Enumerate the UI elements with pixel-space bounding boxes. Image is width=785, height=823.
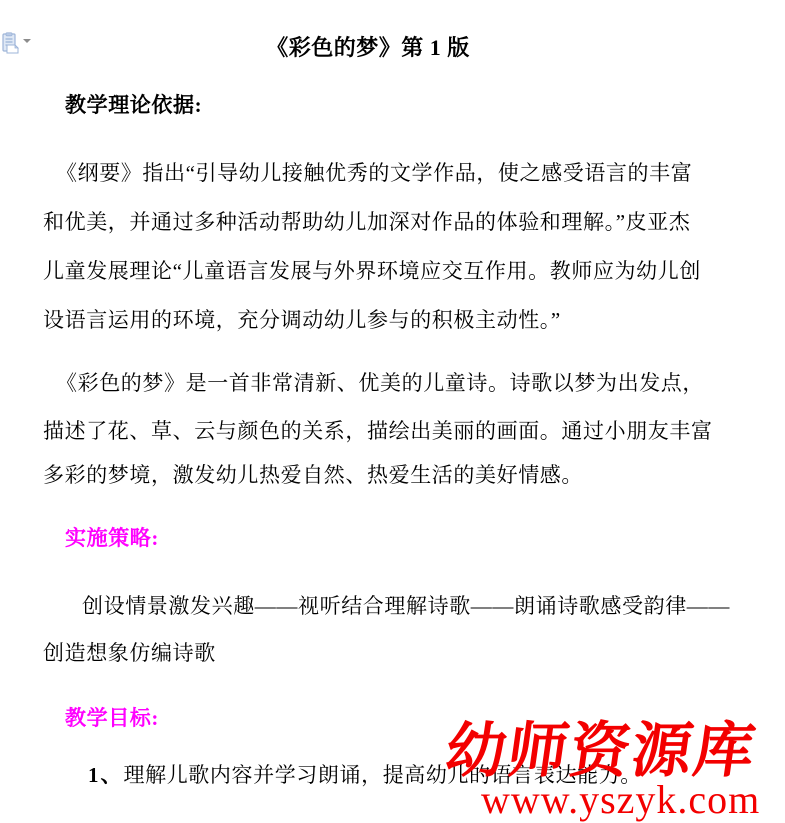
poem-paragraph-line: 《彩色的梦》是一首非常清新、优美的儿童诗。诗歌以梦为出发点，	[56, 371, 704, 396]
poem-paragraph-line: 多彩的梦境，激发幼儿热爱自然、热爱生活的美好情感。	[43, 463, 583, 488]
strategy-paragraph-line: 创造想象仿编诗歌	[43, 641, 216, 666]
heading-strategy: 实施策略:	[65, 526, 159, 551]
theory-paragraph-line: 和优美，并通过多种活动帮助幼儿加深对作品的体验和理解。”皮亚杰	[43, 210, 690, 235]
heading-objectives: 教学目标:	[65, 706, 159, 731]
theory-paragraph-line: 《纲要》指出“引导幼儿接触优秀的文学作品，使之感受语言的丰富	[56, 161, 692, 186]
heading-teaching-theory: 教学理论依据:	[65, 93, 202, 118]
objective-item-1-number: 1、	[88, 763, 124, 787]
theory-paragraph-line: 儿童发展理论“儿童语言发展与外界环境应交互作用。教师应为幼儿创	[43, 259, 701, 284]
doc-title: 《彩色的梦》第 1 版	[0, 31, 736, 62]
document-page: 《彩色的梦》第 1 版 教学理论依据: 《纲要》指出“引导幼儿接触优秀的文学作品…	[0, 0, 785, 823]
watermark-url: www.yszyk.com	[481, 780, 760, 820]
strategy-paragraph-line: 创设情景激发兴趣——视听结合理解诗歌——朗诵诗歌感受韵律——	[82, 594, 730, 619]
poem-paragraph-line: 描述了花、草、云与颜色的关系，描绘出美丽的画面。通过小朋友丰富	[43, 419, 713, 444]
theory-paragraph-line: 设语言运用的环境，充分调动幼儿参与的积极主动性。”	[43, 308, 561, 333]
watermark-brand: 幼师资源库	[441, 718, 760, 784]
